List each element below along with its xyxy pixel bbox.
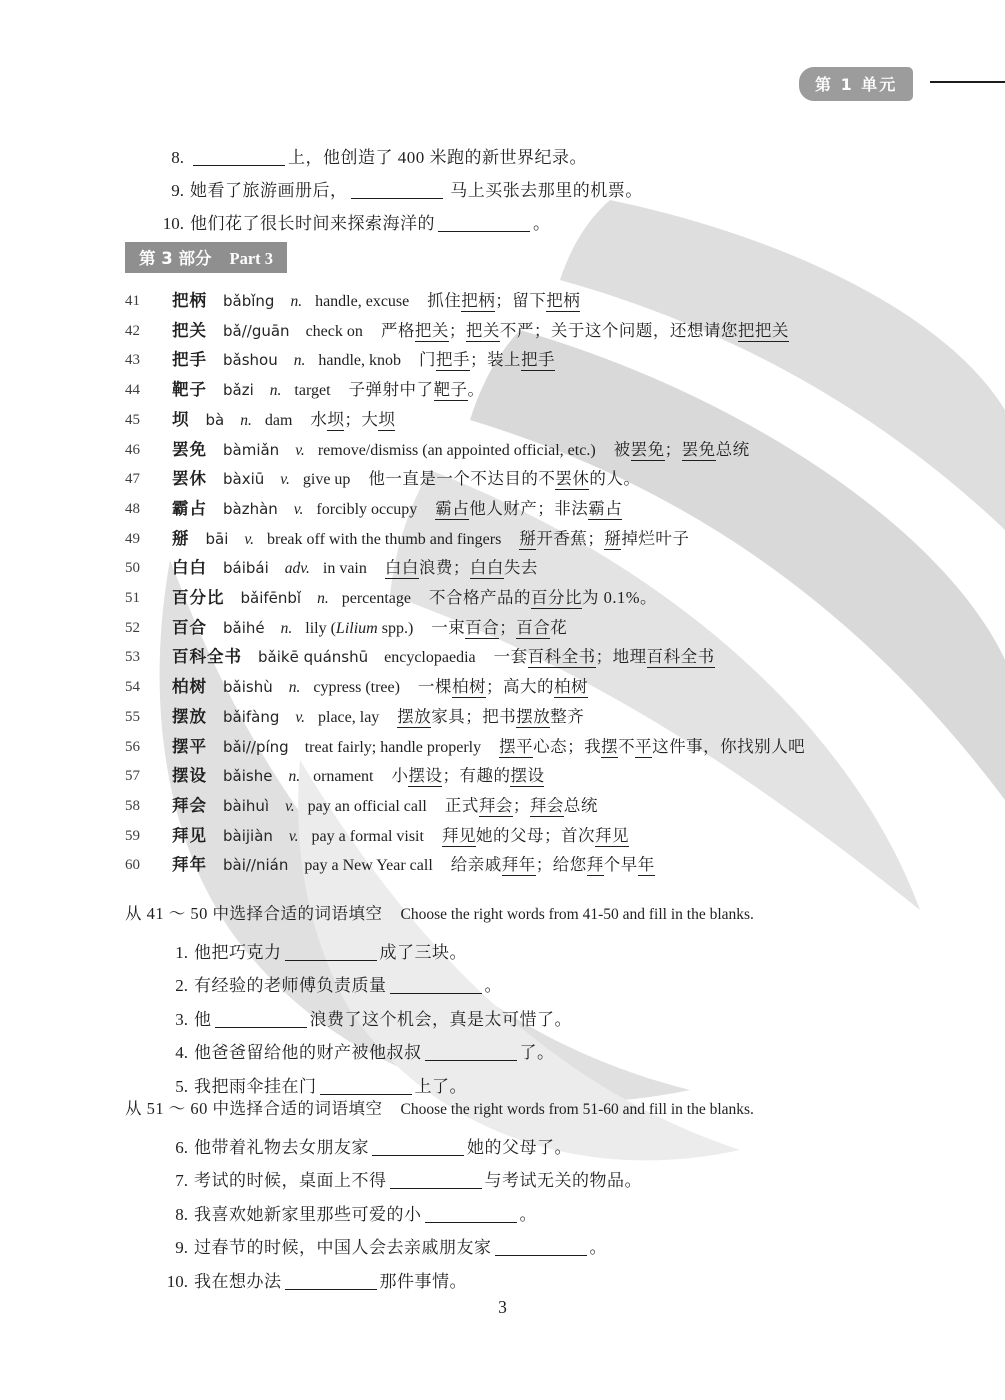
vocab-example: 子弹射中了靶子。	[349, 380, 485, 401]
vocab-entry-body: 百合bǎihén.lily (Lilium spp.)一束百合；百合花	[172, 614, 887, 644]
vocab-meaning: lily (Lilium spp.)	[305, 620, 413, 637]
vocab-entry: 41 把柄bǎbǐngn.handle, excuse抓住把柄；留下把柄	[125, 287, 887, 317]
vocab-part-of-speech: v.	[244, 531, 254, 548]
page-number: 3	[0, 1297, 1005, 1318]
vocab-part-of-speech: v.	[289, 828, 299, 845]
vocab-entry-number: 57	[125, 762, 172, 792]
vocab-pinyin: bǎbǐng	[223, 292, 274, 310]
vocab-entry-number: 46	[125, 436, 172, 466]
exercise2-title-en: Choose the right words from 51-60 and fi…	[401, 1101, 754, 1118]
underlined-target-word: 把柄	[546, 291, 580, 312]
fill-blank	[351, 184, 443, 199]
fill-blank	[425, 1207, 517, 1222]
underlined-target-word: 平	[635, 737, 652, 758]
sentence-number: 9.	[148, 174, 184, 207]
vocab-entry-body: 霸占bàzhànv.forcibly occupy霸占他人财产；非法霸占	[172, 495, 887, 525]
fill-blank	[372, 1141, 464, 1156]
fill-in-sentence: 10. 我在想办法那件事情。	[152, 1265, 932, 1298]
underlined-target-word: 把把关	[738, 321, 789, 342]
fill-blank	[495, 1241, 587, 1256]
underlined-target-word: 把关	[466, 321, 500, 342]
underlined-target-word: 摆放	[397, 707, 431, 728]
vocab-meaning: pay a formal visit	[312, 828, 424, 845]
sentence-text: 他们花了很长时间来探索海洋的。	[190, 207, 908, 240]
vocab-pinyin: bǎifēnbǐ	[241, 589, 302, 607]
vocab-entry-number: 45	[125, 406, 172, 436]
vocab-meaning: cypress (tree)	[313, 679, 400, 696]
unit-badge: 第 1 单元	[799, 67, 913, 101]
sentence-text: 上，他创造了 400 米跑的新世界纪录。	[190, 141, 908, 174]
vocab-pinyin: bǎzi	[223, 381, 254, 399]
sentence-number: 7.	[152, 1164, 188, 1197]
vocab-meaning: check on	[306, 323, 363, 340]
underlined-target-word: 拜	[587, 855, 604, 876]
underlined-target-word: 坝	[378, 410, 395, 431]
vocab-meaning: give up	[303, 471, 351, 488]
underlined-target-word: 摆平	[499, 737, 533, 758]
underlined-target-word: 白白	[385, 558, 419, 579]
vocab-entry-body: 白白báibáiadv.in vain白白浪费；白白失去	[172, 554, 887, 584]
vocab-meaning: forcibly occupy	[316, 501, 417, 518]
vocab-meaning: treat fairly; handle properly	[305, 739, 481, 756]
vocab-part-of-speech: n.	[281, 620, 293, 637]
underlined-target-word: 掰	[604, 529, 621, 550]
vocab-meaning: break off with the thumb and fingers	[267, 531, 501, 548]
vocab-headword: 摆设	[172, 766, 207, 785]
vocab-example: 白白浪费；白白失去	[385, 558, 538, 579]
vocab-entry: 55 摆放bǎifàngv.place, lay摆放家具；把书摆放整齐	[125, 703, 887, 733]
fill-blank	[193, 151, 285, 166]
vocab-entry: 51 百分比bǎifēnbǐn.percentage不合格产品的百分比为 0.1…	[125, 584, 887, 614]
vocab-pinyin: bǎihé	[223, 619, 265, 637]
intro-items: 8. 上，他创造了 400 米跑的新世界纪录。 9. 她看了旅游画册后， 马上买…	[148, 141, 908, 240]
underlined-target-word: 摆设	[408, 766, 442, 787]
vocab-part-of-speech: v.	[280, 471, 290, 488]
vocab-meaning: dam	[265, 412, 293, 429]
underlined-target-word: 百科全书	[647, 647, 715, 668]
vocab-headword: 百合	[172, 618, 207, 637]
vocab-pinyin: bàijiàn	[223, 827, 273, 845]
vocab-headword: 把手	[172, 350, 207, 369]
underlined-target-word: 把柄	[461, 291, 495, 312]
sentence-text: 她看了旅游画册后， 马上买张去那里的机票。	[190, 174, 908, 207]
exercise1-items: 1. 他把巧克力成了三块。 2. 有经验的老师傅负责质量。 3. 他浪费了这个机…	[152, 936, 932, 1103]
vocab-entry: 50 白白báibáiadv.in vain白白浪费；白白失去	[125, 554, 887, 584]
vocab-entry-number: 51	[125, 584, 172, 614]
vocab-entry-body: 拜会bàihuìv.pay an official call正式拜会；拜会总统	[172, 792, 887, 822]
vocab-meaning: percentage	[342, 590, 411, 607]
fill-in-sentence: 9. 她看了旅游画册后， 马上买张去那里的机票。	[148, 174, 908, 207]
sentence-text: 他浪费了这个机会，真是太可惜了。	[194, 1003, 932, 1036]
fill-blank	[285, 1274, 377, 1289]
vocab-part-of-speech: v.	[295, 709, 305, 726]
vocab-entry-body: 摆放bǎifàngv.place, lay摆放家具；把书摆放整齐	[172, 703, 887, 733]
vocab-headword: 拜会	[172, 796, 207, 815]
vocab-entry: 53 百科全书bǎikē quánshūencyclopaedia一套百科全书；…	[125, 643, 887, 673]
vocab-headword: 霸占	[172, 499, 207, 518]
sentence-text: 他带着礼物去女朋友家她的父母了。	[194, 1131, 932, 1164]
underlined-target-word: 摆设	[510, 766, 544, 787]
vocab-pinyin: bāi	[206, 530, 229, 548]
fill-in-sentence: 6. 他带着礼物去女朋友家她的父母了。	[152, 1131, 932, 1164]
vocab-entry-number: 43	[125, 346, 172, 376]
underlined-target-word: 拜年	[502, 855, 536, 876]
underlined-target-word: 把手	[436, 350, 470, 371]
vocab-entry-body: 拜年bài//niánpay a New Year call给亲戚拜年；给您拜个…	[172, 851, 887, 881]
vocab-entry-number: 55	[125, 703, 172, 733]
vocab-entry-body: 靶子bǎzin.target子弹射中了靶子。	[172, 376, 887, 406]
vocab-entry-number: 44	[125, 376, 172, 406]
vocab-meaning: handle, excuse	[315, 293, 409, 310]
vocab-entry: 54 柏树bǎishùn.cypress (tree)一棵柏树；高大的柏树	[125, 673, 887, 703]
sentence-number: 3.	[152, 1003, 188, 1036]
underlined-target-word: 百合	[516, 618, 550, 639]
vocab-entry-number: 52	[125, 614, 172, 644]
fill-blank	[215, 1012, 307, 1027]
vocab-entry: 45 坝bàn.dam水坝；大坝	[125, 406, 887, 436]
underlined-target-word: 掰	[519, 529, 536, 550]
underlined-target-word: 年	[638, 855, 655, 876]
vocab-example: 一棵柏树；高大的柏树	[418, 677, 588, 698]
part3-header: 第 3 部分Part 3	[125, 242, 287, 273]
vocab-headword: 拜见	[172, 826, 207, 845]
vocab-headword: 百分比	[172, 588, 225, 607]
vocab-part-of-speech: n.	[317, 590, 329, 607]
vocab-entry: 44 靶子bǎzin.target子弹射中了靶子。	[125, 376, 887, 406]
underlined-target-word: 拜会	[530, 796, 564, 817]
fill-in-sentence: 4. 他爸爸留给他的财产被他叔叔了。	[152, 1036, 932, 1069]
vocab-meaning: remove/dismiss (an appointed official, e…	[318, 442, 596, 459]
vocab-headword: 把柄	[172, 291, 207, 310]
vocab-entry: 49 掰bāiv.break off with the thumb and fi…	[125, 525, 887, 555]
vocab-part-of-speech: n.	[294, 352, 306, 369]
sentence-text: 他把巧克力成了三块。	[194, 936, 932, 969]
exercise2-items: 6. 他带着礼物去女朋友家她的父母了。 7. 考试的时候，桌面上不得与考试无关的…	[152, 1131, 932, 1298]
vocab-meaning: pay a New Year call	[304, 857, 432, 874]
vocab-part-of-speech: n.	[288, 768, 300, 785]
vocab-meaning: handle, knob	[318, 352, 401, 369]
vocab-part-of-speech: n.	[270, 382, 282, 399]
vocab-entry: 48 霸占bàzhànv.forcibly occupy霸占他人财产；非法霸占	[125, 495, 887, 525]
underlined-target-word: 罢免	[631, 440, 665, 461]
vocab-example: 掰开香蕉；掰掉烂叶子	[519, 529, 689, 550]
vocab-entry-number: 59	[125, 822, 172, 852]
vocab-pinyin: bàihuì	[223, 797, 269, 815]
underlined-target-word: 百科全书	[528, 647, 596, 668]
vocab-part-of-speech: n.	[289, 679, 301, 696]
fill-in-sentence: 3. 他浪费了这个机会，真是太可惜了。	[152, 1003, 932, 1036]
sentence-number: 4.	[152, 1036, 188, 1069]
vocab-meaning: place, lay	[318, 709, 379, 726]
vocab-entry-body: 把关bǎ//guāncheck on严格把关；把关不严；关于这个问题，还想请您把…	[172, 317, 887, 347]
vocab-pinyin: bǎishù	[223, 678, 273, 696]
unit-badge-label: 第 1 单元	[815, 75, 897, 94]
vocab-entry-number: 42	[125, 317, 172, 347]
underlined-target-word: 霸占	[588, 499, 622, 520]
vocab-example: 一束百合；百合花	[431, 618, 567, 639]
vocab-headword: 把关	[172, 321, 207, 340]
vocab-pinyin: bǎ//guān	[223, 322, 290, 340]
part3-header-zh: 第 3 部分	[139, 249, 211, 268]
vocab-example: 霸占他人财产；非法霸占	[435, 499, 622, 520]
part3-header-en: Part 3	[229, 249, 273, 268]
vocab-entry: 56 摆平bǎi//píngtreat fairly; handle prope…	[125, 733, 887, 763]
exercise2-title-zh: 从 51 ～ 60 中选择合适的词语填空	[125, 1099, 383, 1118]
vocab-entry: 43 把手bǎshoun.handle, knob门把手；装上把手	[125, 346, 887, 376]
vocab-headword: 摆放	[172, 707, 207, 726]
sentence-text: 有经验的老师傅负责质量。	[194, 969, 932, 1002]
vocab-example: 摆放家具；把书摆放整齐	[397, 707, 584, 728]
vocab-entry-body: 把柄bǎbǐngn.handle, excuse抓住把柄；留下把柄	[172, 287, 887, 317]
vocab-entry-number: 54	[125, 673, 172, 703]
fill-blank	[285, 946, 377, 961]
vocab-pinyin: bǎikē quánshū	[258, 648, 368, 666]
sentence-number: 8.	[148, 141, 184, 174]
sentence-number: 10.	[152, 1265, 188, 1298]
vocab-entry-body: 拜见bàijiànv.pay a formal visit拜见她的父母；首次拜见	[172, 822, 887, 852]
vocab-example: 门把手；装上把手	[419, 350, 555, 371]
vocab-part-of-speech: n.	[290, 293, 302, 310]
underlined-target-word: 拜会	[479, 796, 513, 817]
underlined-target-word: 摆	[601, 737, 618, 758]
underlined-target-word: 霸占	[435, 499, 469, 520]
sentence-number: 10.	[148, 207, 184, 240]
vocab-entry-body: 掰bāiv.break off with the thumb and finge…	[172, 525, 887, 555]
vocab-entry-number: 56	[125, 733, 172, 763]
vocab-pinyin: bàzhàn	[223, 500, 278, 518]
vocab-pinyin: báibái	[223, 559, 269, 577]
vocab-part-of-speech: n.	[240, 412, 252, 429]
fill-in-sentence: 10. 他们花了很长时间来探索海洋的。	[148, 207, 908, 240]
vocab-pinyin: bǎishe	[223, 767, 272, 785]
vocab-entry-number: 41	[125, 287, 172, 317]
vocab-headword: 罢免	[172, 440, 207, 459]
vocab-meaning: target	[294, 382, 330, 399]
vocab-entry: 42 把关bǎ//guāncheck on严格把关；把关不严；关于这个问题，还想…	[125, 317, 887, 347]
vocab-part-of-speech: v.	[294, 501, 304, 518]
vocab-pinyin: bǎifàng	[223, 708, 279, 726]
vocab-part-of-speech: v.	[295, 442, 305, 459]
fill-blank	[390, 1174, 482, 1189]
fill-in-sentence: 2. 有经验的老师傅负责质量。	[152, 969, 932, 1002]
vocab-headword: 掰	[172, 529, 190, 548]
vocab-example: 抓住把柄；留下把柄	[427, 291, 580, 312]
vocab-headword: 拜年	[172, 855, 207, 874]
vocab-entry-body: 把手bǎshoun.handle, knob门把手；装上把手	[172, 346, 887, 376]
underlined-target-word: 百分比	[531, 588, 582, 609]
underlined-target-word: 摆放	[516, 707, 550, 728]
vocab-pinyin: bài//nián	[223, 856, 288, 874]
vocab-example: 小摆设；有趣的摆设	[391, 766, 544, 787]
vocab-pinyin: bàxiū	[223, 470, 264, 488]
vocab-headword: 百科全书	[172, 647, 242, 666]
vocab-headword: 白白	[172, 558, 207, 577]
vocab-entry-number: 53	[125, 643, 172, 673]
vocab-example: 一套百科全书；地理百科全书	[494, 647, 715, 668]
vocab-entry-number: 58	[125, 792, 172, 822]
vocab-entry-body: 摆设bǎishen.ornament小摆设；有趣的摆设	[172, 762, 887, 792]
sentence-number: 1.	[152, 936, 188, 969]
vocab-list: 41 把柄bǎbǐngn.handle, excuse抓住把柄；留下把柄 42 …	[125, 287, 887, 881]
vocab-pinyin: bàmiǎn	[223, 441, 279, 459]
vocab-meaning: in vain	[323, 560, 367, 577]
vocab-part-of-speech: v.	[285, 798, 295, 815]
vocab-example: 正式拜会；拜会总统	[445, 796, 598, 817]
vocab-example: 给亲戚拜年；给您拜个早年	[451, 855, 655, 876]
fill-in-sentence: 8. 上，他创造了 400 米跑的新世界纪录。	[148, 141, 908, 174]
vocab-example: 严格把关；把关不严；关于这个问题，还想请您把把关	[381, 321, 789, 342]
underlined-target-word: 靶子	[434, 380, 468, 401]
underlined-target-word: 罢免	[682, 440, 716, 461]
exercise1-title-en: Choose the right words from 41-50 and fi…	[401, 906, 754, 923]
sentence-text: 我在想办法那件事情。	[194, 1265, 932, 1298]
underlined-target-word: 把手	[521, 350, 555, 371]
vocab-headword: 柏树	[172, 677, 207, 696]
vocab-example: 水坝；大坝	[310, 410, 395, 431]
underlined-target-word: 拜见	[442, 826, 476, 847]
vocab-pinyin: bà	[206, 411, 225, 429]
vocab-entry-number: 60	[125, 851, 172, 881]
underlined-target-word: 白白	[470, 558, 504, 579]
vocab-entry-body: 坝bàn.dam水坝；大坝	[172, 406, 887, 436]
vocab-entry: 46 罢免bàmiǎnv.remove/dismiss (an appointe…	[125, 436, 887, 466]
vocab-pinyin: bǎi//píng	[223, 738, 289, 756]
fill-in-sentence: 1. 他把巧克力成了三块。	[152, 936, 932, 969]
vocab-meaning: encyclopaedia	[384, 649, 476, 666]
fill-in-sentence: 7. 考试的时候，桌面上不得与考试无关的物品。	[152, 1164, 932, 1197]
vocab-headword: 罢休	[172, 469, 207, 488]
underlined-target-word: 把关	[415, 321, 449, 342]
vocab-headword: 靶子	[172, 380, 207, 399]
vocab-entry-body: 摆平bǎi//píngtreat fairly; handle properly…	[172, 733, 887, 763]
fill-in-sentence: 8. 我喜欢她新家里那些可爱的小。	[152, 1198, 932, 1231]
vocab-example: 拜见她的父母；首次拜见	[442, 826, 629, 847]
header-rule-line	[930, 81, 1005, 83]
sentence-number: 2.	[152, 969, 188, 1002]
underlined-target-word: 柏树	[452, 677, 486, 698]
vocab-entry-number: 47	[125, 465, 172, 495]
sentence-text: 我喜欢她新家里那些可爱的小。	[194, 1198, 932, 1231]
vocab-entry: 57 摆设bǎishen.ornament小摆设；有趣的摆设	[125, 762, 887, 792]
vocab-example: 不合格产品的百分比为 0.1%。	[429, 588, 657, 609]
sentence-text: 过春节的时候，中国人会去亲戚朋友家。	[194, 1231, 932, 1264]
vocab-headword: 摆平	[172, 737, 207, 756]
vocab-entry: 52 百合bǎihén.lily (Lilium spp.)一束百合；百合花	[125, 614, 887, 644]
vocab-entry: 58 拜会bàihuìv.pay an official call正式拜会；拜会…	[125, 792, 887, 822]
vocab-example: 摆平心态；我摆不平这件事，你找别人吧	[499, 737, 805, 758]
vocab-entry: 60 拜年bài//niánpay a New Year call给亲戚拜年；给…	[125, 851, 887, 881]
vocab-meaning: pay an official call	[308, 798, 427, 815]
vocab-part-of-speech: adv.	[285, 560, 310, 577]
underlined-target-word: 拜见	[595, 826, 629, 847]
vocab-entry-body: 罢休bàxiūv.give up他一直是一个不达目的不罢休的人。	[172, 465, 887, 495]
vocab-entry-body: 百科全书bǎikē quánshūencyclopaedia一套百科全书；地理百…	[172, 643, 887, 673]
sentence-text: 考试的时候，桌面上不得与考试无关的物品。	[194, 1164, 932, 1197]
fill-in-sentence: 9. 过春节的时候，中国人会去亲戚朋友家。	[152, 1231, 932, 1264]
exercise2-header: 从 51 ～ 60 中选择合适的词语填空Choose the right wor…	[125, 1095, 754, 1119]
underlined-target-word: 坝	[327, 410, 344, 431]
vocab-entry-number: 50	[125, 554, 172, 584]
vocab-entry: 47 罢休bàxiūv.give up他一直是一个不达目的不罢休的人。	[125, 465, 887, 495]
vocab-example: 他一直是一个不达目的不罢休的人。	[368, 469, 640, 490]
sentence-number: 9.	[152, 1231, 188, 1264]
underlined-target-word: 百合	[465, 618, 499, 639]
vocab-entry-number: 49	[125, 525, 172, 555]
vocab-entry-number: 48	[125, 495, 172, 525]
vocab-entry: 59 拜见bàijiànv.pay a formal visit拜见她的父母；首…	[125, 822, 887, 852]
fill-blank	[390, 979, 482, 994]
fill-blank	[425, 1046, 517, 1061]
underlined-target-word: 柏树	[554, 677, 588, 698]
underlined-target-word: 罢休	[555, 469, 589, 490]
vocab-example: 被罢免；罢免总统	[614, 440, 750, 461]
sentence-number: 8.	[152, 1198, 188, 1231]
sentence-number: 6.	[152, 1131, 188, 1164]
exercise1-header: 从 41 ～ 50 中选择合适的词语填空Choose the right wor…	[125, 900, 754, 924]
vocab-entry-body: 柏树bǎishùn.cypress (tree)一棵柏树；高大的柏树	[172, 673, 887, 703]
fill-blank	[438, 217, 530, 232]
vocab-pinyin: bǎshou	[223, 351, 278, 369]
vocab-headword: 坝	[172, 410, 190, 429]
vocab-entry-body: 罢免bàmiǎnv.remove/dismiss (an appointed o…	[172, 436, 887, 466]
sentence-text: 他爸爸留给他的财产被他叔叔了。	[194, 1036, 932, 1069]
fill-blank	[320, 1079, 412, 1094]
exercise1-title-zh: 从 41 ～ 50 中选择合适的词语填空	[125, 904, 383, 923]
vocab-meaning: ornament	[313, 768, 373, 785]
vocab-entry-body: 百分比bǎifēnbǐn.percentage不合格产品的百分比为 0.1%。	[172, 584, 887, 614]
